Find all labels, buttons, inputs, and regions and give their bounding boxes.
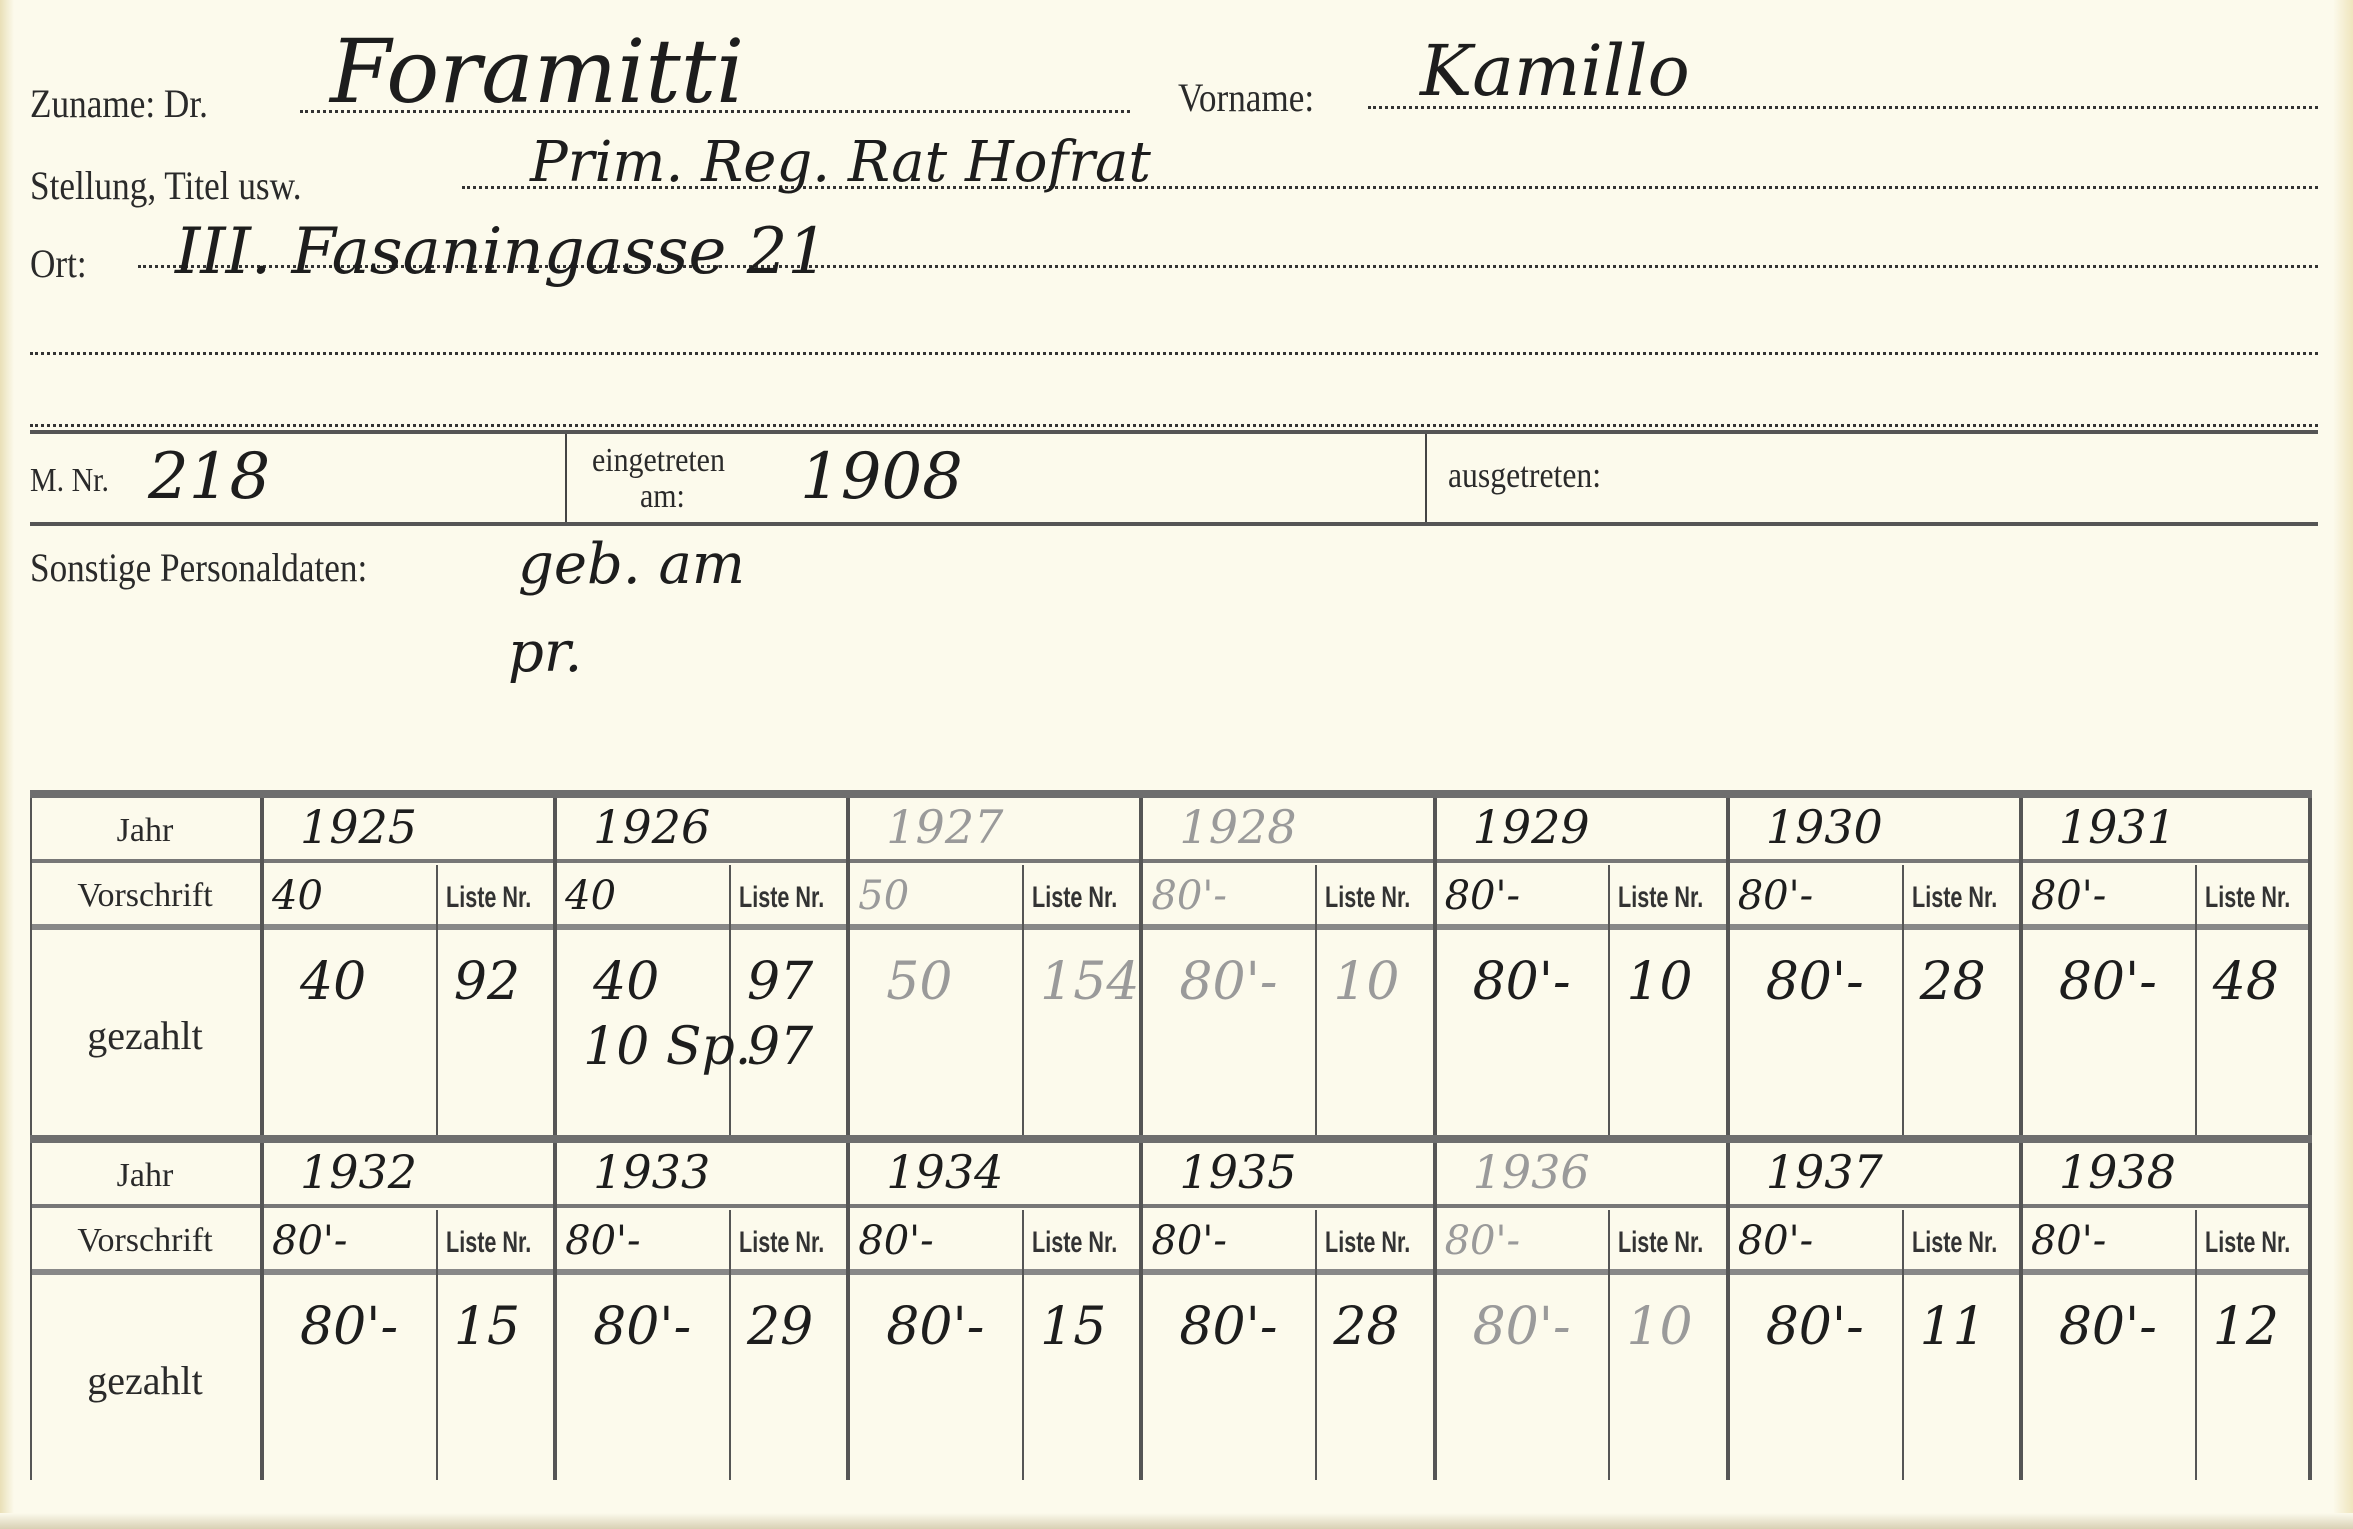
row-label-jahr: Jahr xyxy=(30,1157,260,1195)
ort-label: Ort: xyxy=(30,240,87,287)
liste-nr-label: Liste Nr. xyxy=(446,1226,531,1260)
vorschrift-value: 80'- xyxy=(1445,873,1520,919)
year-column-divider xyxy=(2019,798,2023,1135)
vorschrift-value: 80'- xyxy=(1151,1218,1226,1264)
mnr-bottom-rule xyxy=(30,522,2318,526)
year-value: 1929 xyxy=(1473,800,1590,854)
year-value: 1927 xyxy=(886,800,1003,854)
year-value: 1932 xyxy=(300,1145,417,1199)
year-column-divider xyxy=(1726,798,1730,1135)
year-column-divider xyxy=(1433,798,1437,1135)
liste-nr-value: 10 xyxy=(1333,952,1399,1012)
row-label-gezahlt: gezahlt xyxy=(30,1357,260,1404)
gezahlt-value: 80'- xyxy=(2059,1297,2157,1357)
liste-nr-value: 10 xyxy=(1626,952,1692,1012)
mnr-label: M. Nr. xyxy=(30,462,109,500)
vorschrift-row-rule xyxy=(30,1269,2312,1275)
year-value: 1938 xyxy=(2059,1145,2176,1199)
year-column-divider xyxy=(260,798,264,1135)
gezahlt-value: 80'- xyxy=(886,1297,984,1357)
vorschrift-value: 80'- xyxy=(1445,1218,1520,1264)
liste-nr-label: Liste Nr. xyxy=(1325,1226,1410,1260)
gezahlt-value: 50 xyxy=(886,952,952,1012)
liste-nr-label: Liste Nr. xyxy=(1912,1226,1997,1260)
membership-card: Zuname: Dr. Foramitti Vorname: Kamillo S… xyxy=(0,0,2353,1529)
liste-nr-value: 29 xyxy=(747,1297,813,1357)
sonstige-line-1: geb. am xyxy=(518,532,745,597)
year-column-divider xyxy=(846,798,850,1135)
payments-table: JahrVorschriftgezahlt192540Liste Nr.4092… xyxy=(30,790,2312,1490)
liste-nr-value: 48 xyxy=(2213,952,2279,1012)
liste-nr-value: 11 xyxy=(1920,1297,1986,1357)
liste-nr-value: 154 xyxy=(1040,952,1139,1012)
year-column-divider xyxy=(2019,1143,2023,1480)
liste-nr-value: 28 xyxy=(1333,1297,1399,1357)
liste-nr-label: Liste Nr. xyxy=(1912,881,1997,915)
liste-nr-label: Liste Nr. xyxy=(1618,1226,1703,1260)
gezahlt-value: 80'- xyxy=(1179,1297,1277,1357)
liste-nr-label: Liste Nr. xyxy=(739,881,824,915)
liste-nr-value: 97 xyxy=(747,952,813,1012)
year-column-divider xyxy=(1139,798,1143,1135)
table-band xyxy=(30,1135,2312,1143)
vorschrift-value: 80'- xyxy=(858,1218,933,1264)
vorschrift-value: 50 xyxy=(858,873,909,919)
year-value: 1935 xyxy=(1179,1145,1296,1199)
table-right-border xyxy=(2308,1143,2312,1480)
liste-column-divider xyxy=(729,865,731,1135)
stellung-value: Prim. Reg. Rat Hofrat xyxy=(530,130,1151,195)
zuname-value: Foramitti xyxy=(330,20,744,123)
liste-nr-label: Liste Nr. xyxy=(1618,881,1703,915)
gezahlt-value: 80'- xyxy=(1473,1297,1571,1357)
card-edge-left xyxy=(0,0,14,1529)
year-column-divider xyxy=(1726,1143,1730,1480)
liste-column-divider xyxy=(2195,865,2197,1135)
year-column-divider xyxy=(1139,1143,1143,1480)
vorschrift-value: 80'- xyxy=(272,1218,347,1264)
liste-column-divider xyxy=(1315,1210,1317,1480)
year-value: 1930 xyxy=(1766,800,1883,854)
card-edge-bottom xyxy=(0,1513,2353,1529)
liste-nr-label: Liste Nr. xyxy=(2205,1226,2290,1260)
liste-nr-label: Liste Nr. xyxy=(1032,1226,1117,1260)
table-right-border xyxy=(2308,798,2312,1135)
year-value: 1928 xyxy=(1179,800,1296,854)
liste-nr-value: 12 xyxy=(2213,1297,2279,1357)
year-column-divider xyxy=(553,798,557,1135)
ort-value: III. Fasaningasse 21 xyxy=(175,215,828,289)
liste-column-divider xyxy=(436,865,438,1135)
row-label-jahr: Jahr xyxy=(30,812,260,850)
ausgetreten-label: ausgetreten: xyxy=(1448,454,1601,496)
vorschrift-value: 80'- xyxy=(1151,873,1226,919)
year-value: 1934 xyxy=(886,1145,1003,1199)
row-label-vorschrift: Vorschrift xyxy=(30,1222,260,1260)
vorschrift-value: 80'- xyxy=(1738,873,1813,919)
vorschrift-value: 80'- xyxy=(2031,1218,2106,1264)
liste-nr-value-2: 97 xyxy=(747,1017,813,1077)
liste-nr-value: 28 xyxy=(1920,952,1986,1012)
mnr-value: 218 xyxy=(148,440,270,514)
liste-column-divider xyxy=(436,1210,438,1480)
vorschrift-value: 80'- xyxy=(1738,1218,1813,1264)
gezahlt-value: 80'- xyxy=(593,1297,691,1357)
sonstige-label: Sonstige Personaldaten: xyxy=(30,544,367,591)
liste-nr-label: Liste Nr. xyxy=(1325,881,1410,915)
vorname-label: Vorname: xyxy=(1178,74,1314,121)
liste-nr-value: 92 xyxy=(454,952,520,1012)
liste-nr-label: Liste Nr. xyxy=(1032,881,1117,915)
extra-dotline-2 xyxy=(30,424,2318,427)
liste-nr-label: Liste Nr. xyxy=(739,1226,824,1260)
year-value: 1936 xyxy=(1473,1145,1590,1199)
liste-column-divider xyxy=(1608,865,1610,1135)
jahr-row-rule xyxy=(30,859,2312,863)
liste-nr-label: Liste Nr. xyxy=(2205,881,2290,915)
gezahlt-value-2: 10 Sp. xyxy=(583,1017,751,1077)
year-value: 1926 xyxy=(593,800,710,854)
gezahlt-value: 40 xyxy=(300,952,366,1012)
eingetreten-label: eingetreten xyxy=(592,442,725,480)
jahr-row-rule xyxy=(30,1204,2312,1208)
year-column-divider xyxy=(1433,1143,1437,1480)
gezahlt-value: 80'- xyxy=(300,1297,398,1357)
eingetreten-value: 1908 xyxy=(800,440,963,514)
liste-column-divider xyxy=(2195,1210,2197,1480)
liste-nr-value: 15 xyxy=(1040,1297,1106,1357)
year-column-divider xyxy=(260,1143,264,1480)
liste-column-divider xyxy=(1608,1210,1610,1480)
mnr-divider xyxy=(565,434,567,522)
year-value: 1925 xyxy=(300,800,417,854)
gezahlt-value: 80'- xyxy=(1766,952,1864,1012)
year-value: 1931 xyxy=(2059,800,2176,854)
zuname-label: Zuname: Dr. xyxy=(30,80,208,127)
year-value: 1933 xyxy=(593,1145,710,1199)
liste-column-divider xyxy=(1902,865,1904,1135)
eingetreten-label-am: am: xyxy=(640,478,685,516)
liste-nr-value: 15 xyxy=(454,1297,520,1357)
row-label-gezahlt: gezahlt xyxy=(30,1012,260,1059)
sonstige-line-2: pr. xyxy=(508,620,582,685)
vorname-value: Kamillo xyxy=(1420,30,1690,112)
liste-column-divider xyxy=(1022,1210,1024,1480)
table-band xyxy=(30,790,2312,798)
liste-column-divider xyxy=(1022,865,1024,1135)
mnr-top-rule xyxy=(30,430,2318,434)
card-edge-right xyxy=(2333,0,2353,1529)
year-value: 1937 xyxy=(1766,1145,1883,1199)
gezahlt-value: 40 xyxy=(593,952,659,1012)
vorschrift-value: 40 xyxy=(272,873,323,919)
vorschrift-value: 80'- xyxy=(2031,873,2106,919)
year-column-divider xyxy=(846,1143,850,1480)
liste-column-divider xyxy=(1902,1210,1904,1480)
vorschrift-value: 40 xyxy=(565,873,616,919)
eingetreten-divider xyxy=(1425,434,1427,522)
stellung-label: Stellung, Titel usw. xyxy=(30,162,302,209)
year-column-divider xyxy=(553,1143,557,1480)
extra-dotline-1 xyxy=(30,352,2318,355)
row-label-vorschrift: Vorschrift xyxy=(30,877,260,915)
vorschrift-row-rule xyxy=(30,924,2312,930)
gezahlt-value: 80'- xyxy=(1179,952,1277,1012)
vorschrift-value: 80'- xyxy=(565,1218,640,1264)
gezahlt-value: 80'- xyxy=(1766,1297,1864,1357)
liste-nr-label: Liste Nr. xyxy=(446,881,531,915)
liste-nr-value: 10 xyxy=(1626,1297,1692,1357)
liste-column-divider xyxy=(729,1210,731,1480)
gezahlt-value: 80'- xyxy=(2059,952,2157,1012)
liste-column-divider xyxy=(1315,865,1317,1135)
gezahlt-value: 80'- xyxy=(1473,952,1571,1012)
